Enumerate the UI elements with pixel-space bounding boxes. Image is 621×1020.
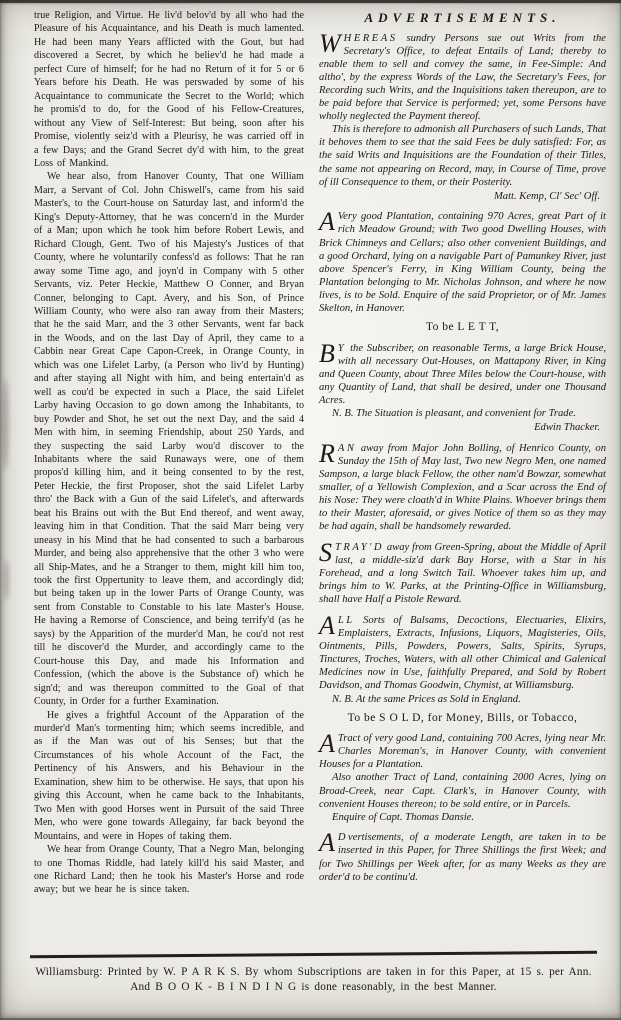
scan-smudge: [4, 560, 9, 600]
ad-nota-bene: N. B. The Situation is pleasant, and con…: [319, 407, 606, 420]
newspaper-page: true Religion, and Virtue. He liv'd belo…: [0, 0, 621, 1020]
advertisement: A Very good Plantation, containing 970 A…: [319, 210, 606, 315]
advertisement: BY the Subscriber, on reasonable Terms, …: [319, 342, 606, 407]
news-paragraph: We hear from Orange County, That a Negro…: [34, 843, 304, 897]
right-column: ADVERTISEMENTS. WHEREAS sundry Persons s…: [319, 9, 606, 897]
advertisement: ALL Sorts of Balsams, Decoctions, Electu…: [319, 614, 606, 693]
ad-text: Tract of very good Land, containing 700 …: [319, 733, 606, 770]
page-columns: true Religion, and Virtue. He liv'd belo…: [34, 9, 606, 897]
drop-cap: A: [319, 732, 338, 755]
lead-caps: D: [338, 832, 348, 843]
ad-signature: Matt. Kemp, Cl' Sec' Off.: [319, 190, 606, 203]
scan-smudge: [2, 380, 9, 470]
ad-text: the Subscriber, on reasonable Terms, a l…: [319, 343, 606, 406]
advertisement: STRAY'D away from Green-Spring, about th…: [319, 541, 606, 606]
ad-nota-bene: N. B. At the same Prices as Sold in Engl…: [319, 693, 606, 706]
ad-text: away from Major John Bolling, of Henrico…: [319, 443, 606, 533]
advertisements-header: ADVERTISEMENTS.: [319, 11, 606, 24]
drop-cap: R: [319, 442, 338, 465]
ad-section-heading: To be L E T T,: [319, 321, 606, 334]
drop-cap: W: [319, 32, 344, 55]
ad-section-heading: To be S O L D, for Money, Bills, or Toba…: [319, 712, 606, 725]
lead-caps: LL: [338, 615, 355, 626]
advertisement: WHEREAS sundry Persons sue out Writs fro…: [319, 32, 606, 124]
imprint-line-2: And B O O K - B I N D I N G is done reas…: [30, 980, 597, 995]
ad-text: vertisements, of a moderate Length, are …: [319, 832, 606, 882]
imprint-footer: Williamsburg: Printed by W. P A R K S. B…: [30, 953, 597, 994]
lead-caps: AN: [338, 443, 357, 454]
left-column: true Religion, and Virtue. He liv'd belo…: [34, 9, 304, 897]
news-paragraph: He gives a frightful Account of the Appa…: [34, 709, 304, 844]
ad-paragraph: This is therefore to admonish all Purcha…: [319, 123, 606, 188]
drop-cap: B: [319, 342, 338, 365]
lead-caps: HEREAS: [344, 33, 398, 44]
drop-cap: A: [319, 831, 338, 854]
news-paragraph: We hear also, from Hanover County, That …: [34, 170, 304, 708]
ad-text: Very good Plantation, containing 970 Acr…: [319, 211, 606, 314]
ad-signature: Edwin Thacker.: [319, 421, 606, 434]
drop-cap: S: [319, 541, 335, 564]
ad-paragraph: Enquire of Capt. Thomas Dansie.: [319, 811, 606, 824]
news-paragraph: true Religion, and Virtue. He liv'd belo…: [34, 9, 304, 170]
drop-cap: A: [319, 614, 338, 637]
ad-text: Sorts of Balsams, Decoctions, Electuarie…: [319, 615, 606, 691]
lead-caps: TRAY'D: [335, 542, 384, 553]
advertisement: A Tract of very good Land, containing 70…: [319, 732, 606, 771]
advertisement: ADvertisements, of a moderate Length, ar…: [319, 831, 606, 883]
advertisements-blocks: WHEREAS sundry Persons sue out Writs fro…: [319, 32, 606, 884]
footer-rule: [30, 951, 597, 958]
scan-edge-top: [0, 0, 621, 3]
ad-text: sundry Persons sue out Writs from the Se…: [319, 33, 606, 123]
drop-cap: A: [319, 210, 338, 233]
imprint-line-1: Williamsburg: Printed by W. P A R K S. B…: [30, 965, 597, 980]
ad-paragraph: Also another Tract of Land, containing 2…: [319, 771, 606, 810]
advertisement: RAN away from Major John Bolling, of Hen…: [319, 442, 606, 534]
